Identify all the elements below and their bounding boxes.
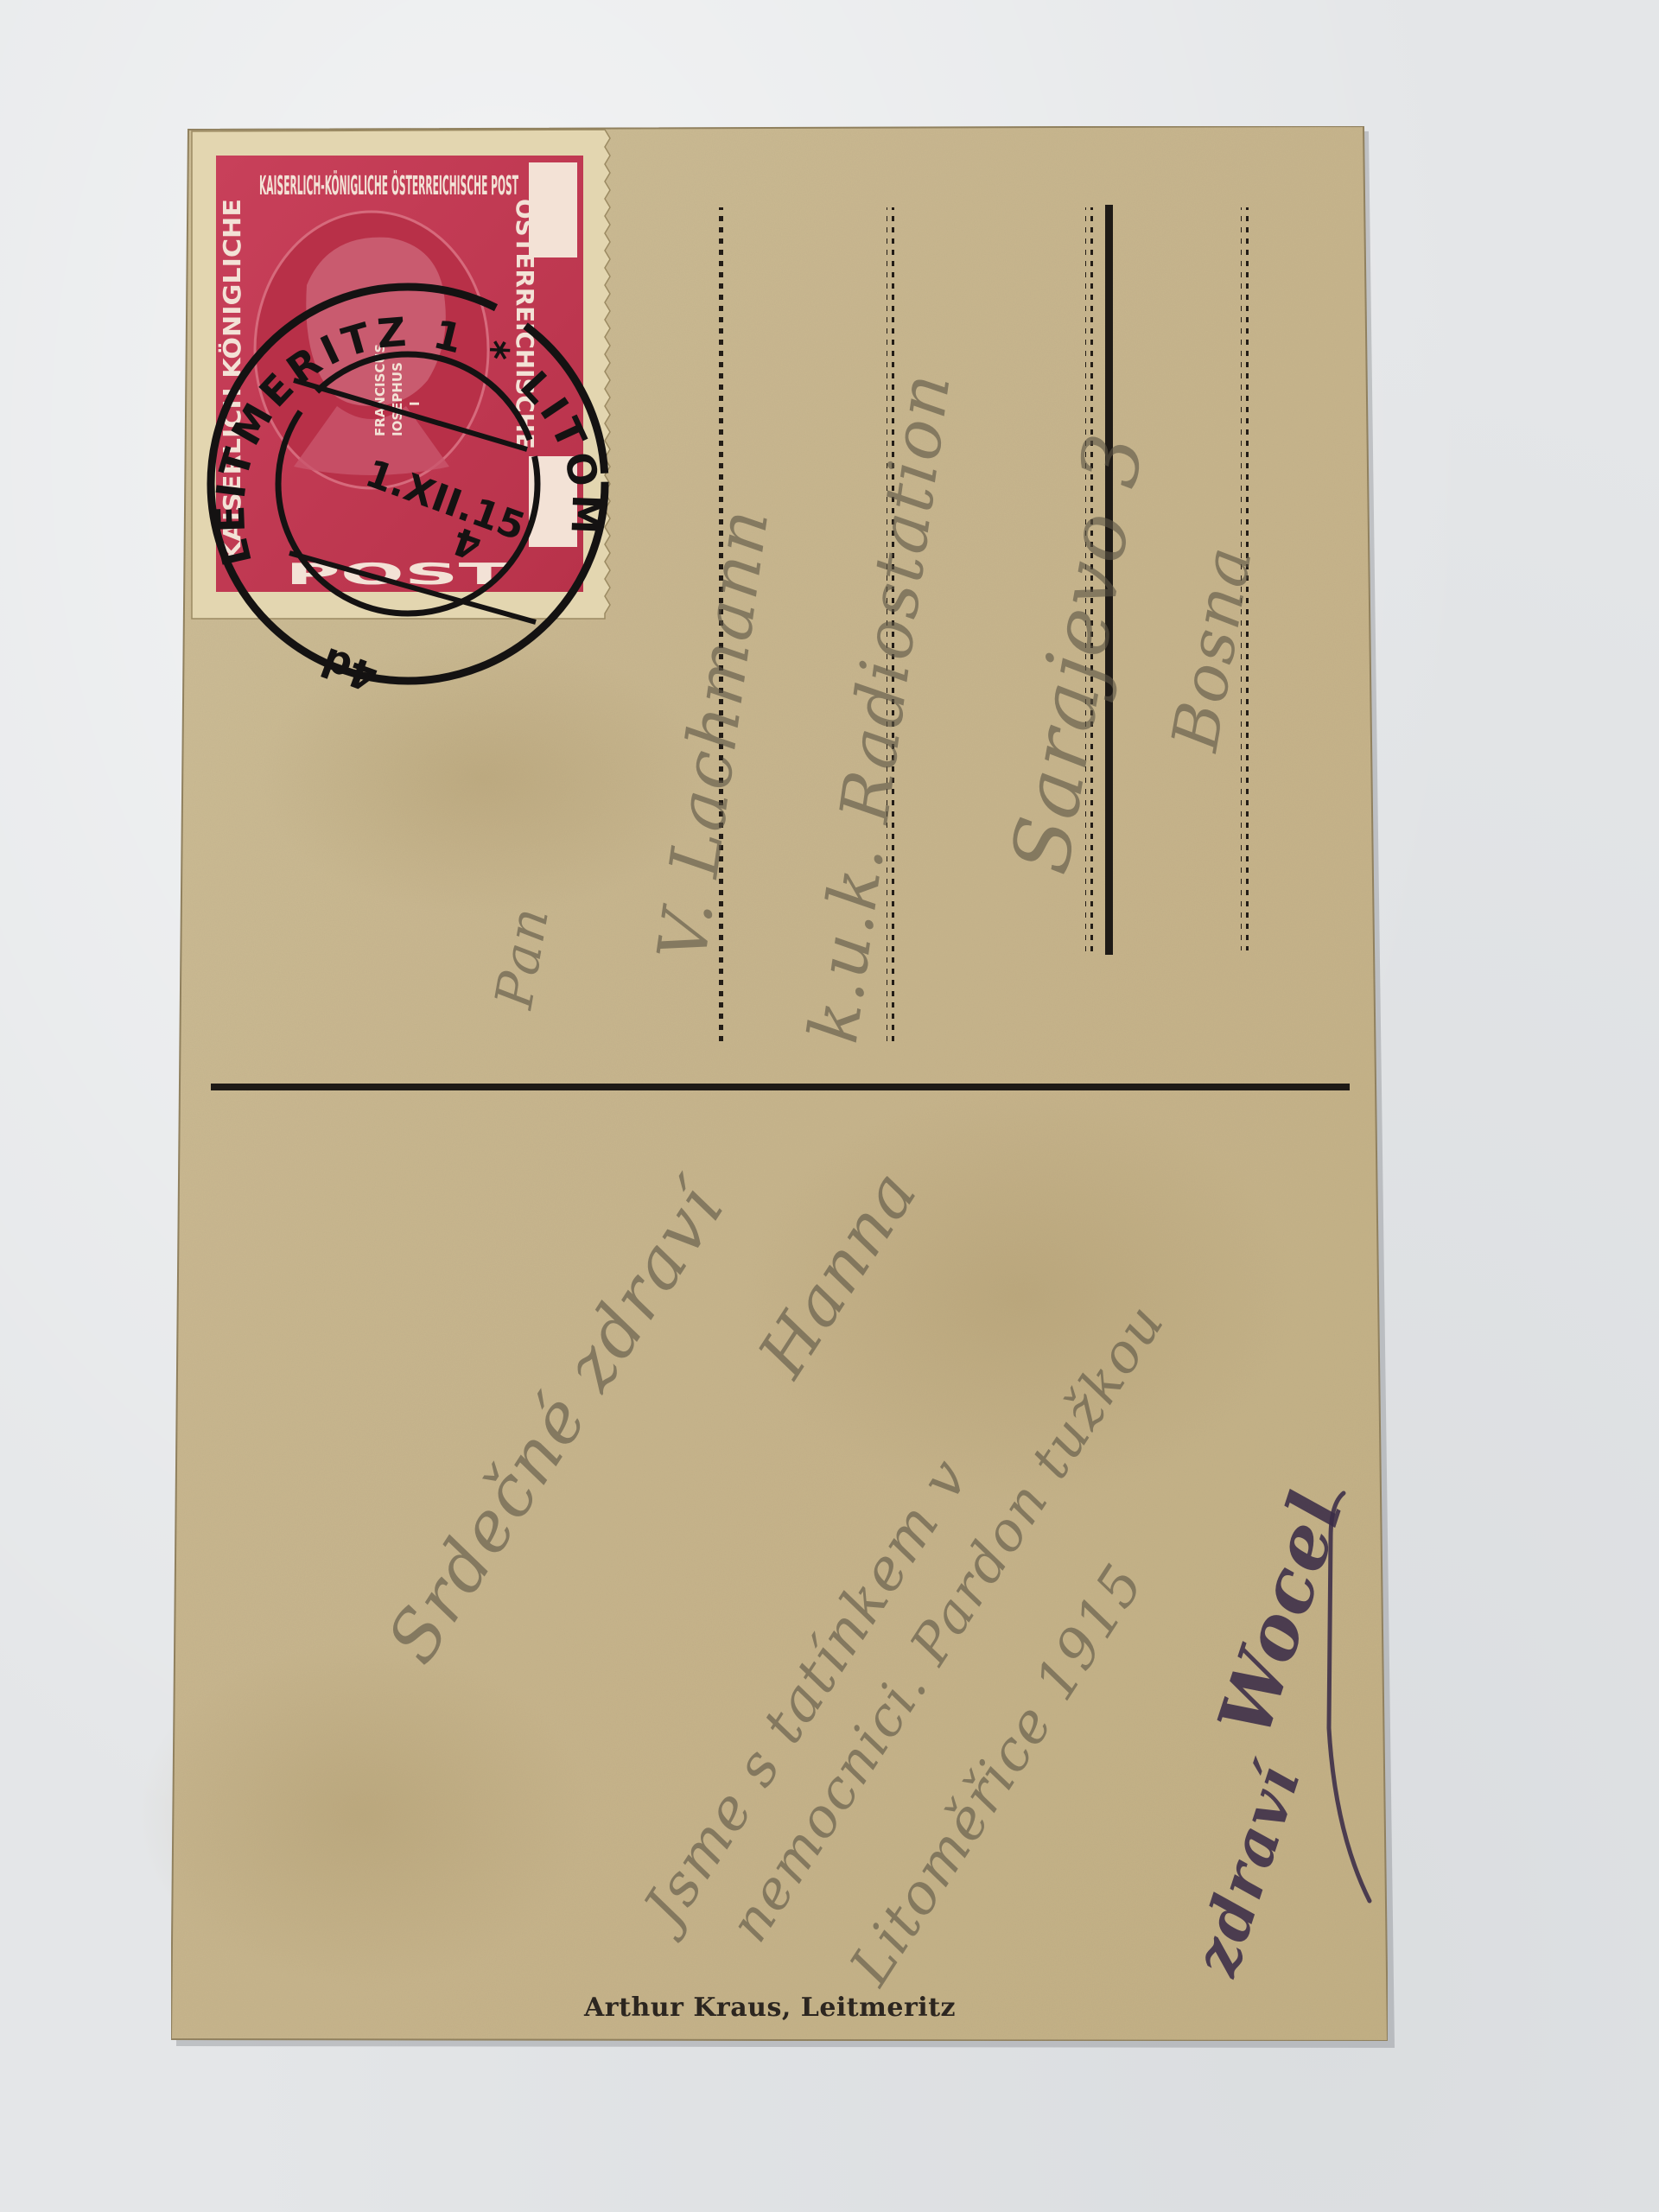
stamp-caption: I xyxy=(407,401,423,406)
horizontal-divider xyxy=(211,1084,1350,1090)
postcard-photo: 10 10 KAISERLICH-KÖNIGLICHE ÖSTERREICHIS… xyxy=(0,0,1659,2212)
stain xyxy=(138,1642,588,1987)
printer-imprint: Arthur Kraus, Leitmeritz xyxy=(584,1993,956,2023)
stamp-caption: IOSEPHUS xyxy=(390,362,405,436)
stamp-legend-top: KAISERLICH-KÖNIGLICHE ÖSTERREICHISCHE PO… xyxy=(259,169,518,201)
